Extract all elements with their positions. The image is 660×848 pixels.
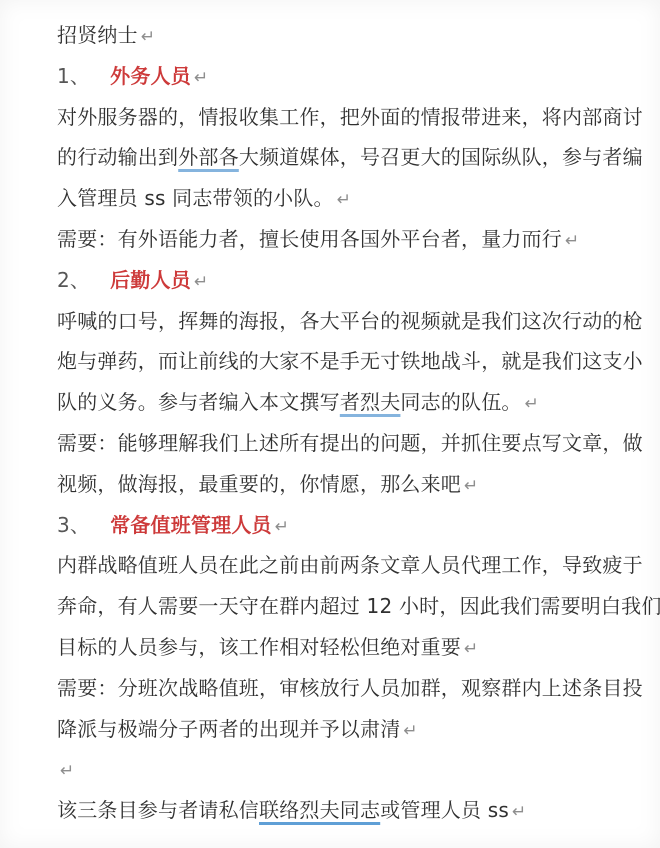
blue-underlined-text: 联络烈夫同志 <box>259 798 380 822</box>
text-line: 需要：有外语能力者，擅长使用各国外平台者，量力而行↵ <box>57 219 627 260</box>
text-run: 该三条目参与者请私信 <box>57 798 259 822</box>
text-line: 降派与极端分子两者的出现并予以肃清↵ <box>57 709 627 750</box>
paragraph-mark-icon: ↵ <box>194 68 208 88</box>
paragraph-mark-icon: ↵ <box>141 27 155 47</box>
paragraph-mark-icon: ↵ <box>403 721 417 741</box>
text-line: 内群战略值班人员在此之前由前两条文章人员代理工作，导致疲于 <box>57 545 627 586</box>
text-run: 队的义务。参与者编入本文撰写 <box>57 390 340 414</box>
list-number: 2、 <box>57 268 90 292</box>
text-line: 需要：分班次战略值班，审核放行人员加群，观察群内上述条目投 <box>57 668 627 709</box>
text-line: 目标的人员参与，该工作相对轻松但绝对重要↵ <box>57 627 627 668</box>
text-run: 降派与极端分子两者的出现并予以肃清 <box>57 717 400 741</box>
text-line: 视频，做海报，最重要的，你情愿，那么来吧↵ <box>57 464 627 505</box>
text-run: 对外服务器的，情报收集工作，把外面的情报带进来，将内部商讨 <box>57 105 643 129</box>
text-run: 招贤纳士 <box>57 23 138 47</box>
text-line: 需要：能够理解我们上述所有提出的问题，并抓住要点写文章，做 <box>57 423 627 464</box>
paragraph-mark-icon: ↵ <box>525 394 539 414</box>
heading-red-text: 后勤人员 <box>110 268 191 292</box>
text-run: 呼喊的口号，挥舞的海报，各大平台的视频就是我们这次行动的枪 <box>57 309 643 333</box>
text-run: 同志的队伍。 <box>400 390 521 414</box>
text-line: 奔命，有人需要一天守在群内超过 12 小时，因此我们需要明白我们 <box>57 586 627 627</box>
doc-title-line: 招贤纳士↵ <box>57 15 627 56</box>
paragraph-mark-icon: ↵ <box>60 761 74 781</box>
text-run: 需要：分班次战略值班，审核放行人员加群，观察群内上述条目投 <box>57 676 643 700</box>
text-line: 入管理员 ss 同志带领的小队。↵ <box>57 178 627 219</box>
text-run: 大频道媒体，号召更大的国际纵队，参与者编 <box>239 145 643 169</box>
text-line: 队的义务。参与者编入本文撰写者烈夫同志的队伍。↵ <box>57 382 627 423</box>
heading-line-1: 1、外务人员↵ <box>57 56 627 97</box>
list-number: 3、 <box>57 513 90 537</box>
text-line: 的行动输出到外部各大频道媒体，号召更大的国际纵队，参与者编 <box>57 137 627 178</box>
heading-line-2: 2、后勤人员↵ <box>57 260 627 301</box>
paragraph-mark-icon: ↵ <box>275 517 289 537</box>
empty-paragraph-line: ↵ <box>57 749 627 790</box>
text-line: 对外服务器的，情报收集工作，把外面的情报带进来，将内部商讨 <box>57 97 627 138</box>
text-run: 需要：有外语能力者，擅长使用各国外平台者，量力而行 <box>57 227 562 251</box>
blue-underlined-text: 外部各 <box>178 145 239 169</box>
text-line: 呼喊的口号，挥舞的海报，各大平台的视频就是我们这次行动的枪 <box>57 301 627 342</box>
heading-red-text: 外务人员 <box>110 64 191 88</box>
document-page: 招贤纳士↵1、外务人员↵对外服务器的，情报收集工作，把外面的情报带进来，将内部商… <box>0 0 660 848</box>
text-run: 或管理人员 ss <box>380 798 509 822</box>
paragraph-mark-icon: ↵ <box>337 190 351 210</box>
text-run: 需要：能够理解我们上述所有提出的问题，并抓住要点写文章，做 <box>57 431 643 455</box>
document-body: 招贤纳士↵1、外务人员↵对外服务器的，情报收集工作，把外面的情报带进来，将内部商… <box>57 15 627 831</box>
paragraph-mark-icon: ↵ <box>464 476 478 496</box>
paragraph-mark-icon: ↵ <box>194 272 208 292</box>
text-run: 目标的人员参与，该工作相对轻松但绝对重要 <box>57 635 461 659</box>
blue-underlined-text: 者烈夫 <box>340 390 401 414</box>
paragraph-mark-icon: ↵ <box>464 639 478 659</box>
text-run: 的行动输出到 <box>57 145 178 169</box>
text-run: 视频，做海报，最重要的，你情愿，那么来吧 <box>57 472 461 496</box>
heading-red-text: 常备值班管理人员 <box>110 513 272 537</box>
paragraph-mark-icon: ↵ <box>565 231 579 251</box>
text-run: 入管理员 ss 同志带领的小队。 <box>57 186 334 210</box>
text-run: 奔命，有人需要一天守在群内超过 12 小时，因此我们需要明白我们 <box>57 594 660 618</box>
heading-line-3: 3、常备值班管理人员↵ <box>57 505 627 546</box>
text-line: 炮与弹药，而让前线的大家不是手无寸铁地战斗，就是我们这支小 <box>57 341 627 382</box>
text-run: 炮与弹药，而让前线的大家不是手无寸铁地战斗，就是我们这支小 <box>57 349 643 373</box>
text-run: 内群战略值班人员在此之前由前两条文章人员代理工作，导致疲于 <box>57 553 643 577</box>
list-number: 1、 <box>57 64 90 88</box>
paragraph-mark-icon: ↵ <box>512 802 526 822</box>
text-line: 该三条目参与者请私信联络烈夫同志或管理人员 ss↵ <box>57 790 627 831</box>
